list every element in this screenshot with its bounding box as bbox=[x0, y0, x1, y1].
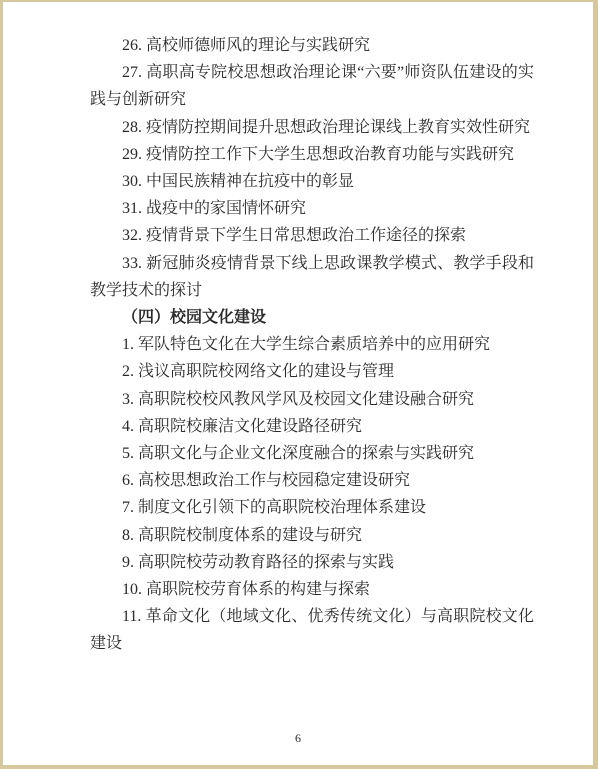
page-number: 6 bbox=[3, 731, 593, 746]
list-item: 5. 高职文化与企业文化深度融合的探索与实践研究 bbox=[90, 440, 534, 467]
list-item: 29. 疫情防控工作下大学生思想政治教育功能与实践研究 bbox=[90, 141, 534, 168]
scanned-page: 26. 高校师德师风的理论与实践研究27. 高职高专院校思想政治理论课“六要”师… bbox=[0, 0, 598, 769]
list-item: 33. 新冠肺炎疫情背景下线上思政课教学模式、教学手段和教学技术的探讨 bbox=[90, 250, 534, 304]
list-item: 8. 高职院校制度体系的建设与研究 bbox=[90, 522, 534, 549]
list-item: 31. 战疫中的家国情怀研究 bbox=[90, 195, 534, 222]
list-item: 32. 疫情背景下学生日常思想政治工作途径的探索 bbox=[90, 222, 534, 249]
list-item: 27. 高职高专院校思想政治理论课“六要”师资队伍建设的实践与创新研究 bbox=[90, 59, 534, 113]
list-item: 26. 高校师德师风的理论与实践研究 bbox=[90, 32, 534, 59]
list-item: 9. 高职院校劳动教育路径的探索与实践 bbox=[90, 549, 534, 576]
list-item: 10. 高职院校劳育体系的构建与探索 bbox=[90, 576, 534, 603]
document-page: 26. 高校师德师风的理论与实践研究27. 高职高专院校思想政治理论课“六要”师… bbox=[3, 2, 593, 765]
list-item: 6. 高校思想政治工作与校园稳定建设研究 bbox=[90, 467, 534, 494]
list-item: 11. 革命文化（地域文化、优秀传统文化）与高职院校文化建设 bbox=[90, 603, 534, 657]
section-heading: （四）校园文化建设 bbox=[90, 304, 534, 331]
list-item: 7. 制度文化引领下的高职院校治理体系建设 bbox=[90, 494, 534, 521]
list-item: 4. 高职院校廉洁文化建设路径研究 bbox=[90, 413, 534, 440]
list-item: 2. 浅议高职院校网络文化的建设与管理 bbox=[90, 358, 534, 385]
list-item: 3. 高职院校校风教风学风及校园文化建设融合研究 bbox=[90, 386, 534, 413]
list-item: 1. 军队特色文化在大学生综合素质培养中的应用研究 bbox=[90, 331, 534, 358]
text-body: 26. 高校师德师风的理论与实践研究27. 高职高专院校思想政治理论课“六要”师… bbox=[90, 2, 534, 658]
list-item: 28. 疫情防控期间提升思想政治理论课线上教育实效性研究 bbox=[90, 114, 534, 141]
list-item: 30. 中国民族精神在抗疫中的彰显 bbox=[90, 168, 534, 195]
